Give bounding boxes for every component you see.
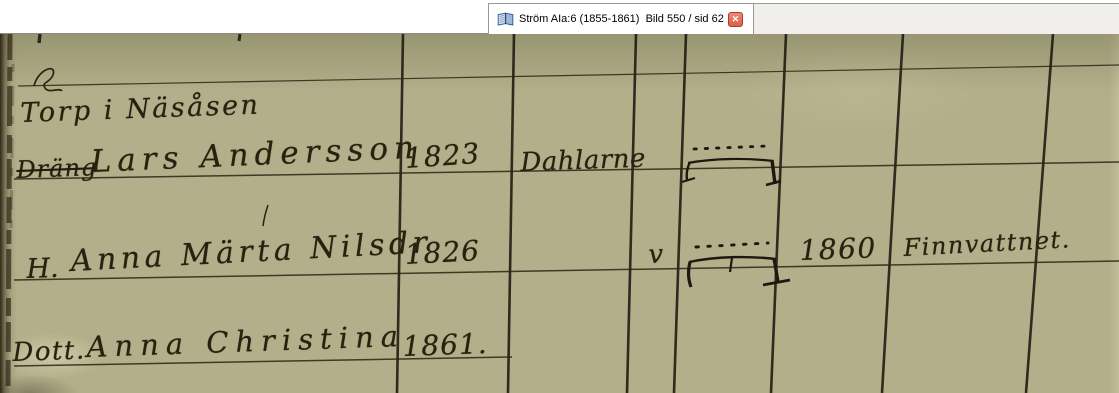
entry-row2-check-mark: v: [648, 241, 664, 269]
accent-mark: [263, 205, 268, 226]
book-icon: [497, 12, 514, 26]
marriage-bracket-row1-icon: [682, 146, 781, 185]
entry-row2-birth-year: 1826: [404, 236, 481, 269]
tab-bar: Ström AIa:6 (1855-1861) Bild 550 / sid 6…: [0, 0, 1119, 34]
record-page-viewer[interactable]: Torp i Näsåsen Dräng Lars Andersson 1823…: [0, 34, 1119, 393]
entry-row1-origin: Dahlarne: [520, 146, 646, 178]
entry-row2-moved-year: 1860: [799, 233, 877, 265]
entry-row1-birth-year: 1823: [404, 139, 481, 174]
entry-row3-birth-year: 1861.: [402, 329, 488, 361]
document-tab[interactable]: Ström AIa:6 (1855-1861) Bild 550 / sid 6…: [488, 3, 754, 34]
app-window: Ström AIa:6 (1855-1861) Bild 550 / sid 6…: [0, 0, 1119, 393]
tab-title: Ström AIa:6 (1855-1861) Bild 550 / sid 6…: [519, 13, 724, 25]
tab-close-button[interactable]: ✕: [728, 12, 743, 27]
entry-row2-role: H.: [26, 255, 59, 284]
entry-row1-role: Dräng: [16, 155, 98, 183]
ink-flourish-icon: [34, 69, 62, 91]
entry-row3-role: Dott.: [12, 337, 86, 367]
